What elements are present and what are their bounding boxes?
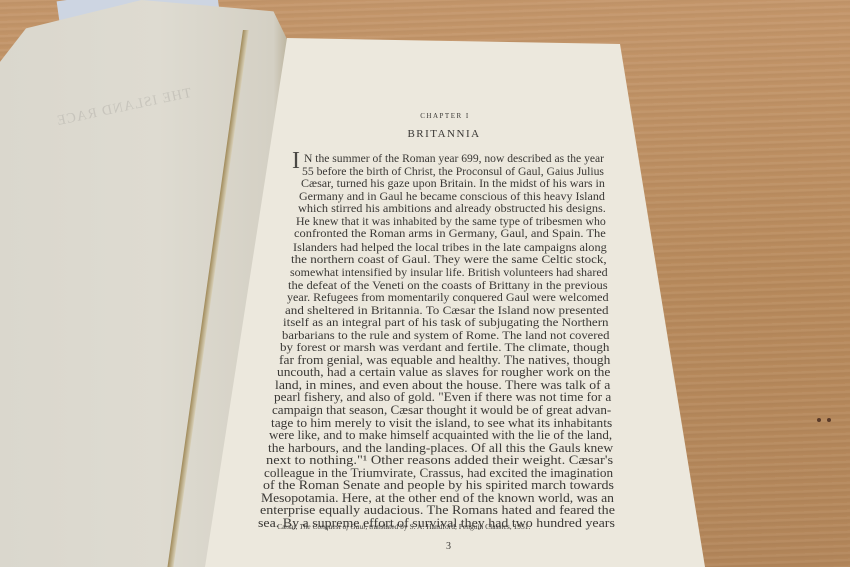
chapter-label: Chapter I: [385, 112, 505, 120]
body-text-line: sea. By a supreme effort of survival the…: [258, 517, 615, 530]
drop-cap: I: [292, 151, 300, 171]
body-text-line: somewhat intensified by insular life. Br…: [290, 266, 608, 279]
body-text-line: Cæsar, turned his gaze upon Britain. In …: [301, 178, 605, 191]
body-text-line: 55 before the birth of Christ, the Proco…: [302, 166, 604, 179]
body-text-line: Germany and in Gaul he became conscious …: [299, 191, 605, 204]
body-text-line: the northern coast of Gaul. They were th…: [291, 253, 607, 266]
page-text: Chapter I BRITANNIA ¹ Cæsar, The Conques…: [0, 0, 850, 567]
chapter-title: BRITANNIA: [384, 128, 504, 140]
body-text-line: which stirred his ambitions and already …: [298, 203, 606, 216]
body-text-line: confronted the Roman arms in Germany, Ga…: [294, 228, 606, 241]
body-text-line: He knew that it was inhabited by the sam…: [296, 216, 606, 229]
page-number: 3: [446, 541, 451, 552]
body-text-line: Islanders had helped the local tribes in…: [293, 241, 607, 254]
body-text-line: N the summer of the Roman year 699, now …: [304, 153, 604, 166]
